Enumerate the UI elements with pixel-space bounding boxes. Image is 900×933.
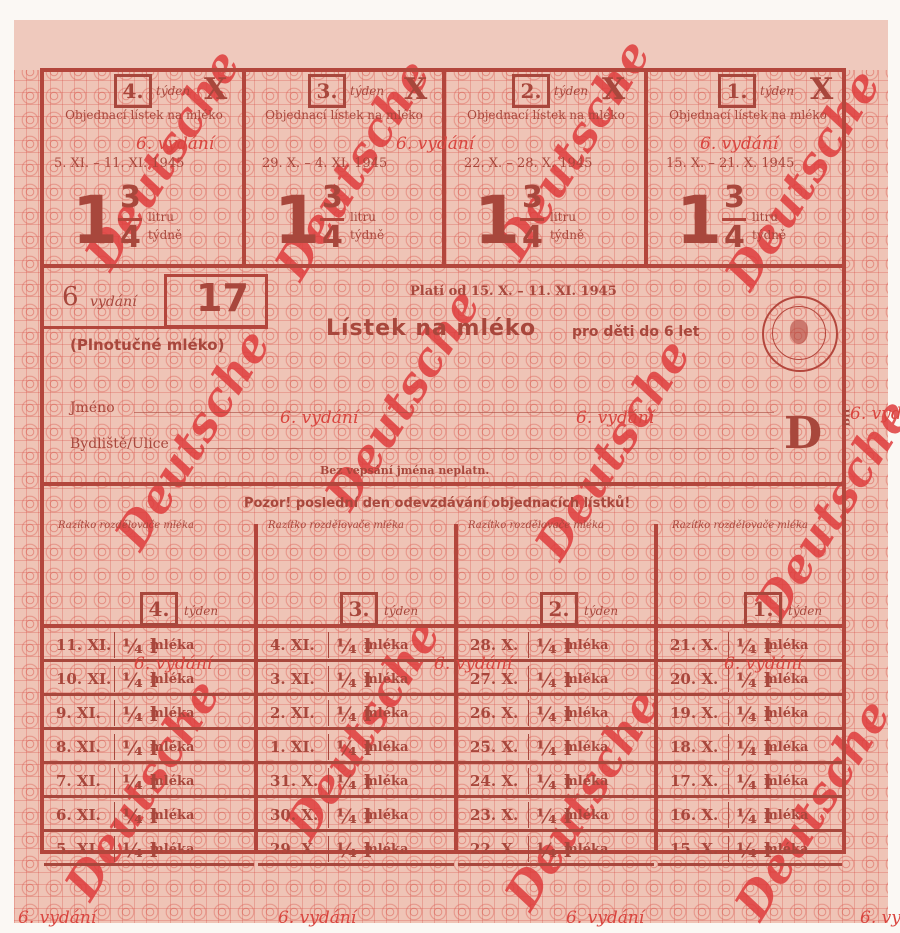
- daily-coupon[interactable]: 22. X.¼ lmléka: [458, 832, 654, 866]
- edition-overprint: 6. vydání: [860, 908, 900, 928]
- week-number-box: 3.: [308, 74, 346, 108]
- daily-coupon[interactable]: 31. X.¼ lmléka: [258, 764, 454, 798]
- daily-coupon[interactable]: 17. X.¼ lmléka: [658, 764, 842, 798]
- edition-overprint: 6. vydání: [278, 908, 356, 928]
- coupon-label: mléka: [764, 740, 808, 755]
- week-number-box: 2.: [512, 74, 550, 108]
- coupon-label: mléka: [764, 672, 808, 687]
- daily-coupon[interactable]: 18. X.¼ lmléka: [658, 730, 842, 764]
- edition-overprint: 6. vydání: [18, 908, 96, 928]
- daily-coupon[interactable]: 1. XI.¼ lmléka: [258, 730, 454, 764]
- coupon-label: mléka: [564, 808, 608, 823]
- row-separator: [728, 802, 729, 828]
- ration-unit: litru týdně: [752, 208, 792, 244]
- name-label: Jméno: [70, 400, 115, 416]
- order-coupon-week-1[interactable]: 1. týden X Objednací lístek na mléko 6. …: [648, 68, 846, 268]
- dairy-stamp-label: Razítko rozdělovače mléka: [468, 520, 604, 531]
- dairy-stamp-label: Razítko rozdělovače mléka: [672, 520, 808, 531]
- ration-unit: litru týdně: [148, 208, 188, 244]
- week-label: týden: [184, 604, 218, 618]
- coupon-date: 23. X.: [470, 806, 518, 824]
- ration-unit: litru týdně: [550, 208, 590, 244]
- row-separator: [328, 632, 329, 658]
- coupon-date: 25. X.: [470, 738, 518, 756]
- row-separator: [114, 666, 115, 692]
- coupon-date: 28. X.: [470, 636, 518, 654]
- address-label: Bydliště/Ulice: [70, 436, 169, 452]
- daily-coupon[interactable]: 30. X.¼ lmléka: [258, 798, 454, 832]
- deadline-note: Pozor! poslední den odevzdávání objednac…: [244, 496, 630, 511]
- coupon-date: 26. X.: [470, 704, 518, 722]
- ration-denominator: 4: [322, 220, 343, 255]
- coupon-dates: 29. X. – 4. XI. 1945: [262, 156, 387, 171]
- coupon-date: 7. XI.: [56, 772, 101, 790]
- card-subtitle: pro děti do 6 let: [572, 324, 699, 340]
- daily-coupon[interactable]: 15. X.¼ lmléka: [658, 832, 842, 866]
- coupon-label: mléka: [764, 706, 808, 721]
- row-separator: [328, 734, 329, 760]
- coupon-label: mléka: [364, 706, 408, 721]
- row-separator: [528, 802, 529, 828]
- ration-unit: litru týdně: [350, 208, 390, 244]
- daily-coupon[interactable]: 23. X.¼ lmléka: [458, 798, 654, 832]
- coupon-date: 4. XI.: [270, 636, 315, 654]
- row-separator: [528, 836, 529, 862]
- coupon-label: mléka: [150, 638, 194, 653]
- coupon-label: mléka: [364, 774, 408, 789]
- daily-coupon[interactable]: 7. XI.¼ lmléka: [44, 764, 254, 798]
- row-separator: [528, 700, 529, 726]
- order-coupon-week-2[interactable]: 2. týden X Objednací lístek na mléko 22.…: [446, 68, 644, 268]
- row-separator: [114, 768, 115, 794]
- week-label: týden: [554, 84, 588, 98]
- category-side-code: BH: [841, 409, 852, 427]
- edition-overprint: 6. vydání: [134, 654, 212, 674]
- row-separator: [114, 802, 115, 828]
- ration-numerator: 3: [120, 180, 141, 215]
- row-separator: [528, 666, 529, 692]
- middle-bottom-line: [40, 482, 846, 486]
- coupon-heading: Objednací lístek na mléko: [466, 108, 626, 122]
- serial-number: 17: [196, 276, 249, 320]
- coupon-label: mléka: [564, 740, 608, 755]
- week-label: týden: [760, 84, 794, 98]
- coupon-label: mléka: [564, 672, 608, 687]
- coupon-label: mléka: [364, 740, 408, 755]
- coupon-date: 17. X.: [670, 772, 718, 790]
- daily-coupon[interactable]: 8. XI.¼ lmléka: [44, 730, 254, 764]
- week-number-box: 2.: [540, 592, 578, 626]
- coupon-label: mléka: [364, 808, 408, 823]
- edition-overprint: 6. vydání: [576, 408, 654, 428]
- cancel-mark: X: [602, 72, 625, 107]
- validity-period: Platí od 15. X. – 11. XI. 1945: [410, 284, 617, 299]
- address-input-line[interactable]: [184, 448, 774, 449]
- daily-coupon[interactable]: 5. XI.¼ lmléka: [44, 832, 254, 866]
- daily-coupon[interactable]: 29. X.¼ lmléka: [258, 832, 454, 866]
- coupon-dates: 15. X. – 21. X. 1945: [666, 156, 794, 171]
- coupon-label: mléka: [150, 672, 194, 687]
- official-stamp-icon: [762, 296, 838, 372]
- coupon-label: mléka: [150, 808, 194, 823]
- week-number-box: 1.: [744, 592, 782, 626]
- row-separator: [328, 700, 329, 726]
- coupon-heading: Objednací lístek na mléko: [668, 108, 828, 122]
- coupon-label: mléka: [764, 774, 808, 789]
- coupon-label: mléka: [364, 672, 408, 687]
- edition-overprint: 6. vydání: [566, 908, 644, 928]
- daily-coupon[interactable]: 2. XI.¼ lmléka: [258, 696, 454, 730]
- week-number-box: 3.: [340, 592, 378, 626]
- row-separator: [114, 734, 115, 760]
- daily-coupon[interactable]: 9. XI.¼ lmléka: [44, 696, 254, 730]
- coupon-label: mléka: [764, 842, 808, 857]
- coupon-heading: Objednací lístek na mléko: [264, 108, 424, 122]
- coupon-date: 21. X.: [670, 636, 718, 654]
- card-title: Lístek na mléko: [326, 316, 536, 341]
- coupon-label: mléka: [764, 808, 808, 823]
- daily-coupon[interactable]: 24. X.¼ lmléka: [458, 764, 654, 798]
- coupon-label: mléka: [564, 706, 608, 721]
- coupon-date: 18. X.: [670, 738, 718, 756]
- coupon-date: 3. XI.: [270, 670, 315, 688]
- cancel-mark: X: [404, 72, 427, 107]
- ration-denominator: 4: [724, 220, 745, 255]
- row-separator: [528, 768, 529, 794]
- daily-coupon[interactable]: 4. XI.¼ lmléka: [258, 628, 454, 662]
- edition-overprint: 6. vydání: [280, 408, 358, 428]
- edition-overprint: 6. vydání: [136, 134, 214, 154]
- row-separator: [528, 632, 529, 658]
- coupon-date: 10. XI.: [56, 670, 111, 688]
- ration-denominator: 4: [120, 220, 141, 255]
- week-label: týden: [788, 604, 822, 618]
- coupon-date: 8. XI.: [56, 738, 101, 756]
- row-separator: [328, 836, 329, 862]
- order-coupon-week-4[interactable]: 4. týden X Objednací lístek na mléko 6. …: [44, 68, 242, 268]
- dairy-stamp-label: Razítko rozdělovače mléka: [268, 520, 404, 531]
- coupon-label: mléka: [764, 638, 808, 653]
- serial-underline: [44, 326, 268, 329]
- coupon-date: 5. XI.: [56, 840, 101, 858]
- ration-numerator: 3: [322, 180, 343, 215]
- coupon-date: 15. X.: [670, 840, 718, 858]
- row-separator: [728, 768, 729, 794]
- week-label: týden: [584, 604, 618, 618]
- coupon-date: 22. X.: [470, 840, 518, 858]
- coupon-dates: 22. X. – 28. X. 1945: [464, 156, 592, 171]
- coupon-label: mléka: [564, 842, 608, 857]
- category-letter: D: [784, 408, 822, 459]
- ration-numerator: 3: [522, 180, 543, 215]
- daily-coupon[interactable]: 25. X.¼ lmléka: [458, 730, 654, 764]
- dairy-stamp-label: Razítko rozdělovače mléka: [58, 520, 194, 531]
- coupon-heading: Objednací lístek na mléko: [64, 108, 224, 122]
- coupon-label: mléka: [150, 842, 194, 857]
- coupon-date: 2. XI.: [270, 704, 315, 722]
- coupon-dates: 5. XI. – 11. XI. 1945: [54, 156, 184, 171]
- edition-number: 6: [62, 282, 79, 312]
- edition-label: vydání: [90, 294, 137, 310]
- coupon-label: mléka: [564, 774, 608, 789]
- row-separator: [114, 700, 115, 726]
- coupon-date: 20. X.: [670, 670, 718, 688]
- coupon-label: mléka: [150, 774, 194, 789]
- daily-coupon[interactable]: 26. X.¼ lmléka: [458, 696, 654, 730]
- row-separator: [328, 768, 329, 794]
- row-separator: [328, 802, 329, 828]
- row-separator: [728, 700, 729, 726]
- name-input-line[interactable]: [134, 412, 774, 413]
- edition-overprint: 6. vydání: [434, 654, 512, 674]
- ration-numerator: 3: [724, 180, 745, 215]
- edition-overprint: 6. vydání: [850, 404, 900, 424]
- edition-overprint: 6. vydání: [700, 134, 778, 154]
- ration-denominator: 4: [522, 220, 543, 255]
- coupon-date: 29. X.: [270, 840, 318, 858]
- daily-coupon[interactable]: 16. X.¼ lmléka: [658, 798, 842, 832]
- coupon-date: 31. X.: [270, 772, 318, 790]
- row-separator: [728, 836, 729, 862]
- week-label: týden: [156, 84, 190, 98]
- paper-margin: [14, 20, 888, 70]
- milk-type: (Plnotučné mléko): [70, 336, 224, 354]
- coupon-label: mléka: [150, 740, 194, 755]
- daily-coupon[interactable]: 6. XI.¼ lmléka: [44, 798, 254, 832]
- cancel-mark: X: [810, 72, 833, 107]
- row-separator: [114, 836, 115, 862]
- week-label: týden: [350, 84, 384, 98]
- coupon-date: 24. X.: [470, 772, 518, 790]
- ration-whole: 1: [676, 182, 722, 259]
- ration-card: Deutsche Deutsche Deutsche Deutsche Deut…: [14, 20, 888, 923]
- week-label: týden: [384, 604, 418, 618]
- coupon-date: 9. XI.: [56, 704, 101, 722]
- coupon-label: mléka: [150, 706, 194, 721]
- week-number-box: 1.: [718, 74, 756, 108]
- coupon-label: mléka: [364, 638, 408, 653]
- coupon-date: 30. X.: [270, 806, 318, 824]
- cancel-mark: X: [204, 72, 227, 107]
- invalid-note: Bez vepsání jména neplatn.: [320, 464, 489, 477]
- coupon-date: 1. XI.: [270, 738, 315, 756]
- ration-whole: 1: [72, 182, 118, 259]
- row-separator: [114, 632, 115, 658]
- row-separator: [728, 734, 729, 760]
- coupon-date: 6. XI.: [56, 806, 101, 824]
- coupon-label: mléka: [564, 638, 608, 653]
- coupon-date: 19. X.: [670, 704, 718, 722]
- edition-overprint: 6. vydání: [724, 654, 802, 674]
- row-separator: [528, 734, 529, 760]
- coupon-label: mléka: [364, 842, 408, 857]
- row-separator: [328, 666, 329, 692]
- coupon-date: 16. X.: [670, 806, 718, 824]
- ration-whole: 1: [274, 182, 320, 259]
- order-coupon-week-3[interactable]: 3. týden X Objednací lístek na mléko 6. …: [246, 68, 442, 268]
- coupon-date: 11. XI.: [56, 636, 111, 654]
- daily-coupon[interactable]: 19. X.¼ lmléka: [658, 696, 842, 730]
- daily-coupon[interactable]: 3. XI.¼ lmléka: [258, 662, 454, 696]
- ration-whole: 1: [474, 182, 520, 259]
- week-number-box: 4.: [114, 74, 152, 108]
- week-number-box: 4.: [140, 592, 178, 626]
